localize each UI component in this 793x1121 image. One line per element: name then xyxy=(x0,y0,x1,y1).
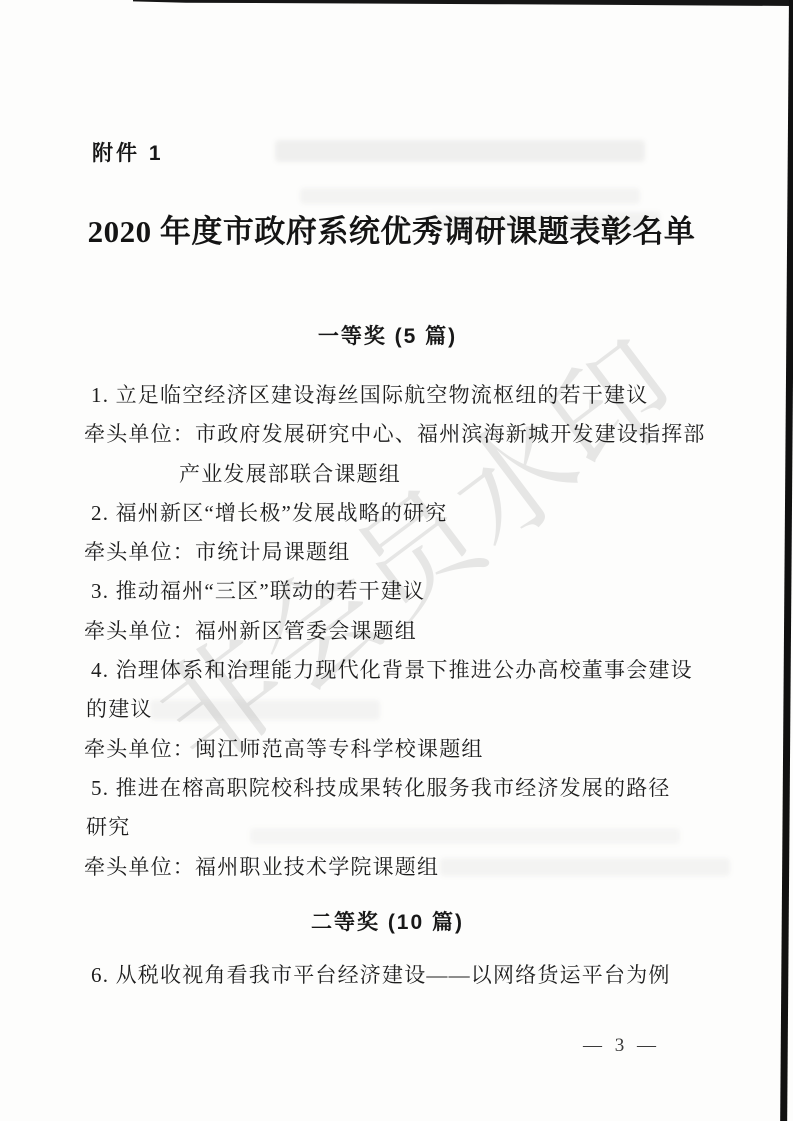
section-heading-first-prize: 一等奖 (5 篇) xyxy=(0,320,775,350)
attachment-label: 附件 1 xyxy=(92,137,164,167)
scan-edge-top xyxy=(133,0,793,6)
topic-title-line: 6. 从税收视角看我市平台经济建设——以网络货运平台为例 xyxy=(84,956,793,995)
document-title: 2020 年度市政府系统优秀调研课题表彰名单 xyxy=(0,206,783,251)
lead-unit-continuation-line: 产业发展部联合课题组 xyxy=(84,455,793,494)
topic-title-line: 5. 推进在榕高职院校科技成果转化服务我市经济发展的路径 xyxy=(84,769,793,808)
bleed-through-artifact xyxy=(300,188,640,204)
topic-title-line: 3. 推动福州“三区”联动的若干建议 xyxy=(84,572,793,611)
lead-unit-line: 牵头单位：闽江师范高等专科学校课题组 xyxy=(84,730,793,769)
lead-unit-line: 牵头单位：市政府发展研究中心、福州滨海新城开发建设指挥部 xyxy=(84,415,793,454)
second-prize-list: 6. 从税收视角看我市平台经济建设——以网络货运平台为例 xyxy=(84,956,793,995)
topic-title-line: 4. 治理体系和治理能力现代化背景下推进公办高校董事会建设 xyxy=(84,651,793,690)
scanned-document-page: 非会员水印 附件 1 2020 年度市政府系统优秀调研课题表彰名单 一等奖 (5… xyxy=(0,0,793,1121)
topic-title-line: 2. 福州新区“增长极”发展战略的研究 xyxy=(84,494,793,533)
section-heading-second-prize: 二等奖 (10 篇) xyxy=(0,906,775,936)
page-number: — 3 — xyxy=(583,1035,660,1057)
topic-title-continuation-line: 研究 xyxy=(84,808,793,847)
topic-title-line: 1. 立足临空经济区建设海丝国际航空物流枢纽的若干建议 xyxy=(84,376,793,415)
lead-unit-line: 牵头单位：市统计局课题组 xyxy=(84,533,793,572)
topic-title-continuation-line: 的建议 xyxy=(84,690,793,729)
first-prize-list: 1. 立足临空经济区建设海丝国际航空物流枢纽的若干建议 牵头单位：市政府发展研究… xyxy=(84,376,793,887)
lead-unit-line: 牵头单位：福州新区管委会课题组 xyxy=(84,612,793,651)
lead-unit-line: 牵头单位：福州职业技术学院课题组 xyxy=(84,848,793,887)
bleed-through-artifact xyxy=(275,140,645,162)
